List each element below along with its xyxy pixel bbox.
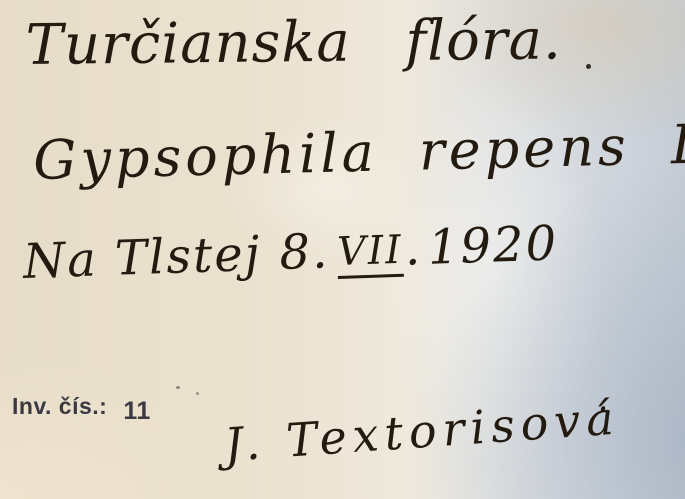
collector-signature: J. Textorisová: [223, 394, 621, 468]
herbarium-label-photo: Turčianska flóra. Gypsophila repens L. N…: [0, 0, 685, 499]
inventory-number: 11: [123, 397, 150, 426]
date-year: 1920: [427, 215, 559, 276]
ink-speck: [586, 64, 591, 69]
species-name-line: Gypsophila repens L.: [33, 117, 685, 188]
paper-speck: [176, 386, 180, 389]
inventory-number-stamp: Inv. čís.:11: [12, 392, 151, 421]
location-date-line: Na Tlstej8.VII.1920: [22, 219, 559, 286]
location-text: Na Tlstej: [22, 226, 262, 290]
inventory-label: Inv. čís.:: [12, 393, 107, 419]
paper-speck: [196, 392, 199, 395]
date-separator: .: [404, 220, 423, 277]
flora-title-line: Turčianska flóra.: [25, 12, 562, 74]
date-day: 8.: [278, 223, 330, 281]
date-month-roman: VII: [336, 227, 403, 279]
